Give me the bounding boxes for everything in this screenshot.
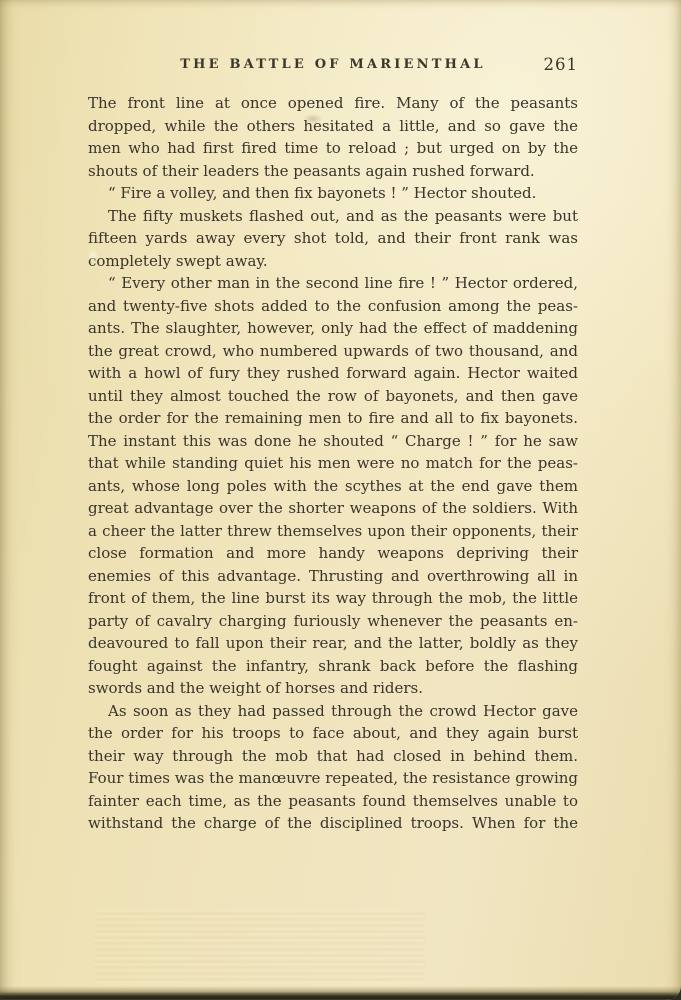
text-line: swords and the weight of horses and ride… bbox=[88, 677, 578, 700]
book-page-scan: THE BATTLE OF MARIENTHAL 261 The front l… bbox=[0, 0, 681, 1000]
text-line: fainter each time, as the peasants found… bbox=[88, 790, 578, 813]
text-line: the great crowd, who numbered upwards of… bbox=[88, 340, 578, 363]
text-line: men who had first fired time to reload ;… bbox=[88, 137, 578, 160]
text-line: fought against the infantry, shrank back… bbox=[88, 655, 578, 678]
text-line: The front line at once opened fire. Many… bbox=[88, 92, 578, 115]
scan-smudge bbox=[300, 112, 326, 126]
text-line: The instant this was done he shouted “ C… bbox=[88, 430, 578, 453]
text-line: “ Every other man in the second line fir… bbox=[88, 272, 578, 295]
text-block: The front line at once opened fire. Many… bbox=[88, 92, 578, 835]
text-line: “ Fire a volley, and then fix bayonets !… bbox=[88, 182, 578, 205]
text-line: Four times was the manœuvre repeated, th… bbox=[88, 767, 578, 790]
text-line: deavoured to fall upon their rear, and t… bbox=[88, 632, 578, 655]
text-line: until they almost touched the row of bay… bbox=[88, 385, 578, 408]
text-line: great advantage over the shorter weapons… bbox=[88, 497, 578, 520]
text-line: The fifty muskets flashed out, and as th… bbox=[88, 205, 578, 228]
scan-bottom-edge bbox=[0, 986, 681, 1000]
text-line: enemies of this advantage. Thrusting and… bbox=[88, 565, 578, 588]
running-title: THE BATTLE OF MARIENTHAL bbox=[88, 57, 578, 72]
text-line: that while standing quiet his men were n… bbox=[88, 452, 578, 475]
text-line: fifteen yards away every shot told, and … bbox=[88, 227, 578, 250]
text-line: the order for his troops to face about, … bbox=[88, 722, 578, 745]
text-line: ants. The slaughter, however, only had t… bbox=[88, 317, 578, 340]
page-header: THE BATTLE OF MARIENTHAL 261 bbox=[88, 55, 578, 75]
scan-smudge bbox=[86, 246, 100, 264]
text-line: a cheer the latter threw themselves upon… bbox=[88, 520, 578, 543]
text-line: with a howl of fury they rushed forward … bbox=[88, 362, 578, 385]
text-line: ants, whose long poles with the scythes … bbox=[88, 475, 578, 498]
text-line: As soon as they had passed through the c… bbox=[88, 700, 578, 723]
text-line: completely swept away. bbox=[88, 250, 578, 273]
page-number: 261 bbox=[544, 55, 579, 74]
text-line: their way through the mob that had close… bbox=[88, 745, 578, 768]
text-line: withstand the charge of the disciplined … bbox=[88, 812, 578, 835]
page-stack-streaks bbox=[95, 909, 425, 984]
text-line: party of cavalry charging furiously when… bbox=[88, 610, 578, 633]
text-line: shouts of their leaders the peasants aga… bbox=[88, 160, 578, 183]
text-line: and twenty-five shots added to the confu… bbox=[88, 295, 578, 318]
text-line: the order for the remaining men to fire … bbox=[88, 407, 578, 430]
text-line: dropped, while the others hesitated a li… bbox=[88, 115, 578, 138]
text-line: front of them, the line burst its way th… bbox=[88, 587, 578, 610]
text-line: close formation and more handy weapons d… bbox=[88, 542, 578, 565]
